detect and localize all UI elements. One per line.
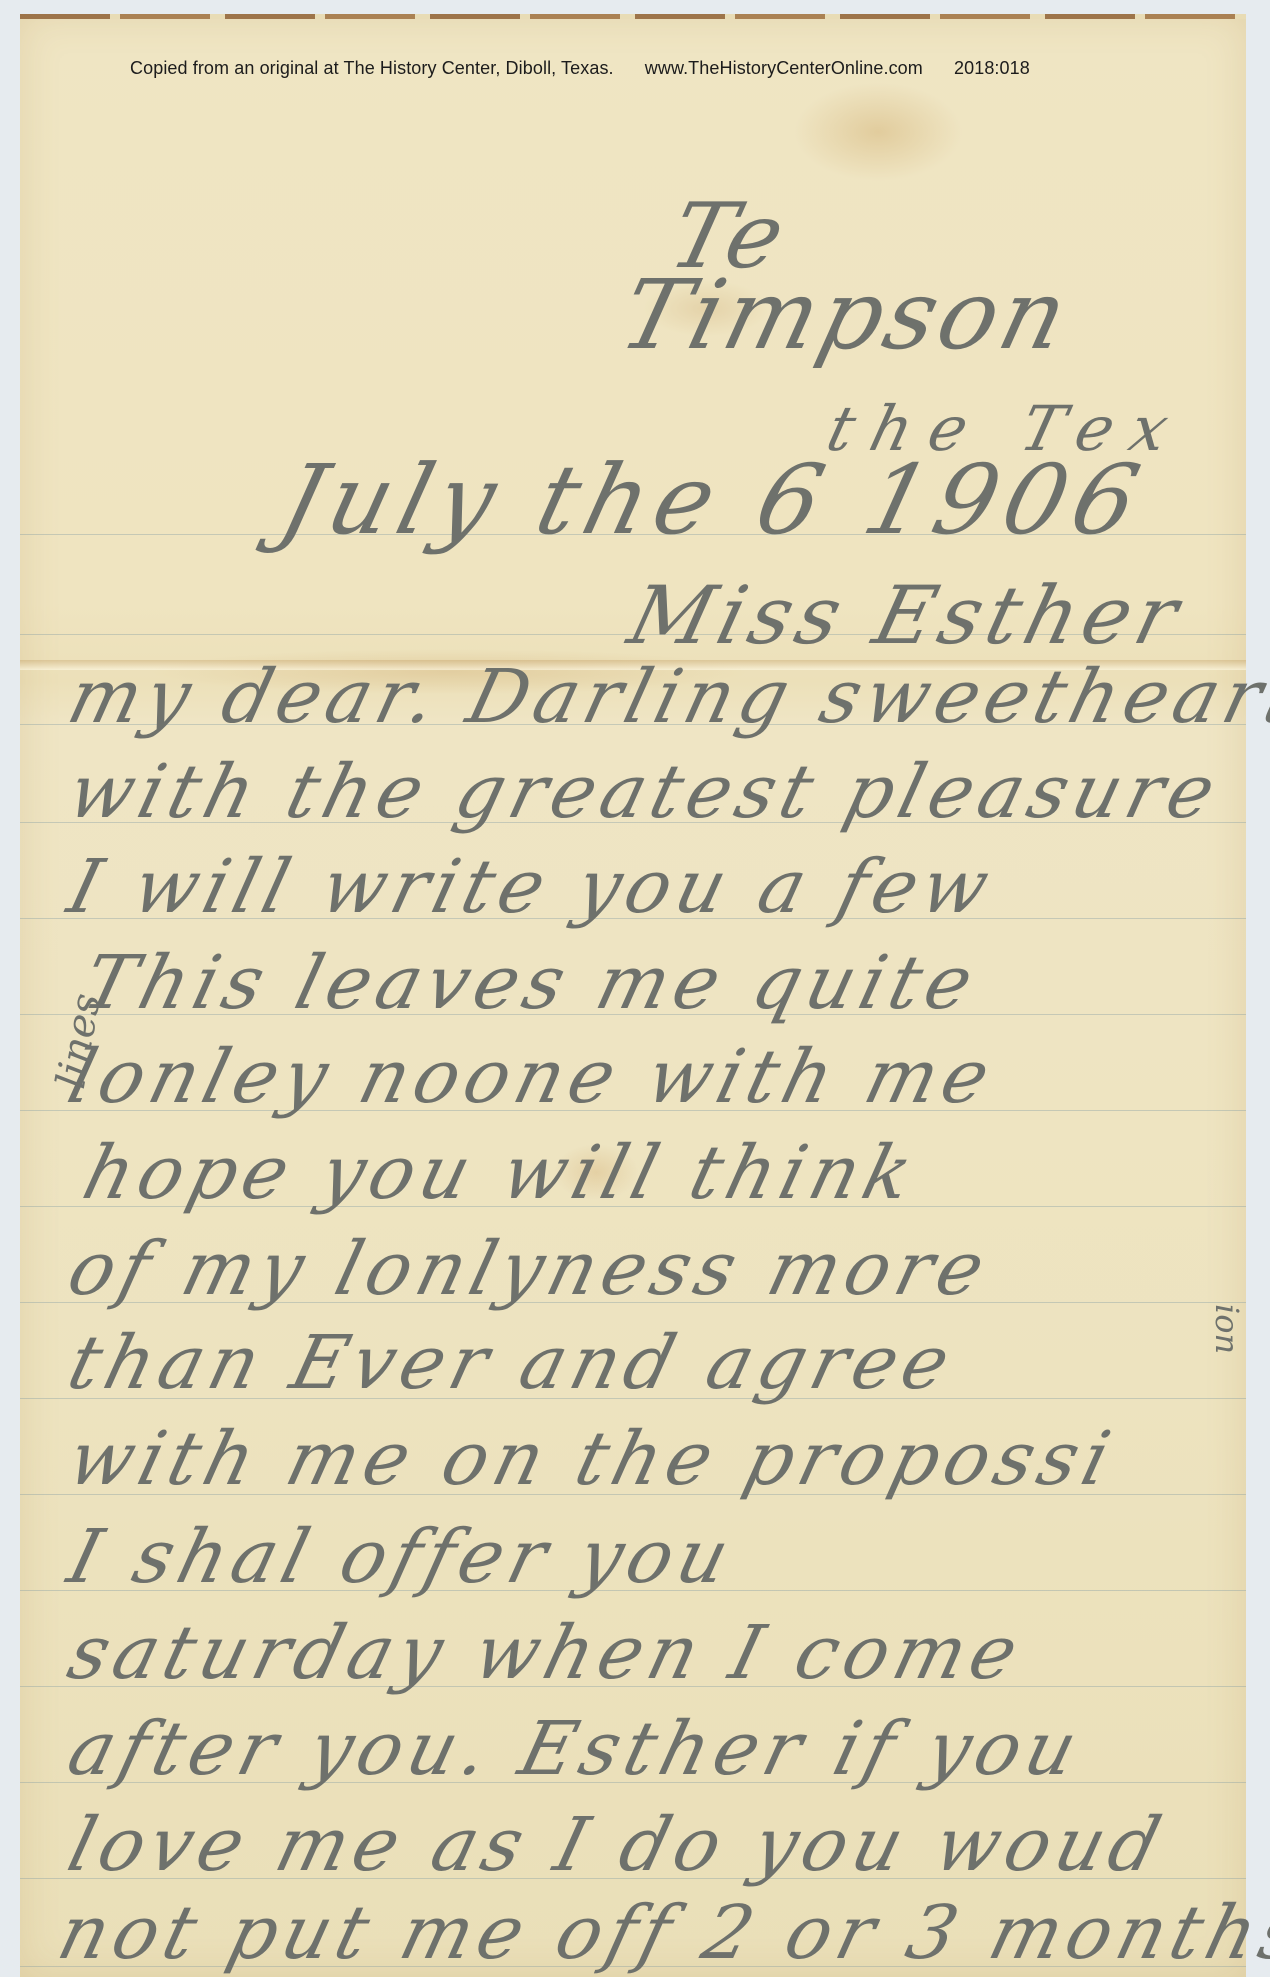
- body-line: after you. Esther if you: [60, 1706, 1091, 1792]
- archive-stamp: Copied from an original at The History C…: [130, 58, 1056, 79]
- body-line: with me on the propossi: [60, 1416, 1124, 1502]
- stamp-source: Copied from an original at The History C…: [130, 58, 614, 78]
- body-line: hope you will think: [75, 1130, 926, 1216]
- body-line: I will write you a few: [60, 844, 1003, 930]
- body-line: of my lonlyness more: [60, 1226, 999, 1312]
- body-line: with the greatest pleasure: [60, 749, 1229, 835]
- body-line: love me as I do you woud: [60, 1802, 1175, 1888]
- stamp-accession: 2018:018: [954, 58, 1030, 78]
- torn-top-edge: [20, 14, 1246, 19]
- salutation: Miss Esther: [620, 569, 1193, 662]
- margin-note-right: ion: [1208, 1304, 1246, 1354]
- stamp-website: www.TheHistoryCenterOnline.com: [645, 58, 923, 78]
- letter-page: Copied from an original at The History C…: [20, 14, 1246, 1977]
- body-line: not put me off 2 or 3 months: [50, 1890, 1270, 1976]
- heading-date: July the 6 1906: [270, 444, 1157, 556]
- body-line: saturday when I come: [60, 1610, 1032, 1696]
- heading-place: Timpson: [610, 259, 1082, 371]
- body-line: I shal offer you: [60, 1514, 743, 1600]
- body-line: lonley noone with me: [60, 1034, 1004, 1120]
- body-line: This leaves me quite: [75, 940, 987, 1026]
- body-line: my dear. Darling sweetheart: [60, 654, 1270, 740]
- body-line: than Ever and agree: [60, 1320, 964, 1406]
